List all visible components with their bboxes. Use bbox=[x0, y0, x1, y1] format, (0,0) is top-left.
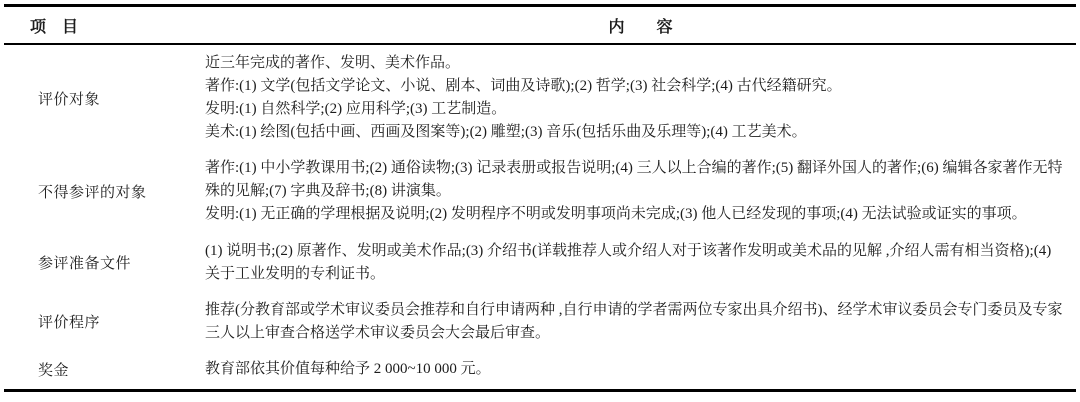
content-paragraph: 发明:(1) 自然科学;(2) 应用科学;(3) 工艺制造。 bbox=[205, 98, 1068, 121]
table-row-excluded-targets: 不得参评的对象 著作:(1) 中小学教课用书;(2) 通俗读物;(3) 记录表册… bbox=[4, 153, 1076, 230]
table-header-row: 项 目 内 容 bbox=[4, 7, 1076, 45]
row-label: 评价对象 bbox=[4, 88, 205, 109]
row-content: 推荐(分教育部或学术审议委员会推荐和自行申请两种 ,自行申请的学者需两位专家出具… bbox=[205, 299, 1076, 345]
row-label: 参评准备文件 bbox=[4, 252, 205, 273]
content-paragraph: 著作:(1) 文学(包括文学论文、小说、剧本、词曲及诗歌);(2) 哲学;(3)… bbox=[205, 75, 1068, 98]
row-content: (1) 说明书;(2) 原著作、发明或美术作品;(3) 介绍书(详载推荐人或介绍… bbox=[205, 240, 1076, 286]
row-content: 著作:(1) 中小学教课用书;(2) 通俗读物;(3) 记录表册或报告说明;(4… bbox=[205, 157, 1076, 226]
table-row-required-documents: 参评准备文件 (1) 说明书;(2) 原著作、发明或美术作品;(3) 介绍书(详… bbox=[4, 236, 1076, 290]
column-header-content: 内 容 bbox=[205, 14, 1076, 37]
content-paragraph: 美术:(1) 绘图(包括中画、西画及图案等);(2) 雕塑;(3) 音乐(包括乐… bbox=[205, 121, 1068, 144]
content-paragraph: 发明:(1) 无正确的学理根据及说明;(2) 发明程序不明或发明事项尚未完成;(… bbox=[205, 203, 1068, 226]
content-paragraph: 推荐(分教育部或学术审议委员会推荐和自行申请两种 ,自行申请的学者需两位专家出具… bbox=[205, 299, 1068, 345]
row-label: 奖金 bbox=[4, 359, 205, 380]
content-paragraph: (1) 说明书;(2) 原著作、发明或美术作品;(3) 介绍书(详载推荐人或介绍… bbox=[205, 240, 1068, 286]
table-row-prize-money: 奖金 教育部依其价值每种给予 2 000~10 000 元。 bbox=[4, 354, 1076, 385]
content-paragraph: 著作:(1) 中小学教课用书;(2) 通俗读物;(3) 记录表册或报告说明;(4… bbox=[205, 157, 1068, 203]
row-label: 评价程序 bbox=[4, 311, 205, 332]
table-row-evaluation-procedure: 评价程序 推荐(分教育部或学术审议委员会推荐和自行申请两种 ,自行申请的学者需两… bbox=[4, 295, 1076, 349]
column-header-item: 项 目 bbox=[4, 14, 205, 37]
content-paragraph: 教育部依其价值每种给予 2 000~10 000 元。 bbox=[205, 358, 1068, 381]
table-row-evaluation-targets: 评价对象 近三年完成的著作、发明、美术作品。 著作:(1) 文学(包括文学论文、… bbox=[4, 48, 1076, 148]
table-body: 评价对象 近三年完成的著作、发明、美术作品。 著作:(1) 文学(包括文学论文、… bbox=[4, 45, 1076, 389]
row-content: 教育部依其价值每种给予 2 000~10 000 元。 bbox=[205, 358, 1076, 381]
content-paragraph: 近三年完成的著作、发明、美术作品。 bbox=[205, 52, 1068, 75]
appraisal-criteria-table: 项 目 内 容 评价对象 近三年完成的著作、发明、美术作品。 著作:(1) 文学… bbox=[4, 4, 1076, 392]
row-label: 不得参评的对象 bbox=[4, 181, 205, 202]
row-content: 近三年完成的著作、发明、美术作品。 著作:(1) 文学(包括文学论文、小说、剧本… bbox=[205, 52, 1076, 144]
